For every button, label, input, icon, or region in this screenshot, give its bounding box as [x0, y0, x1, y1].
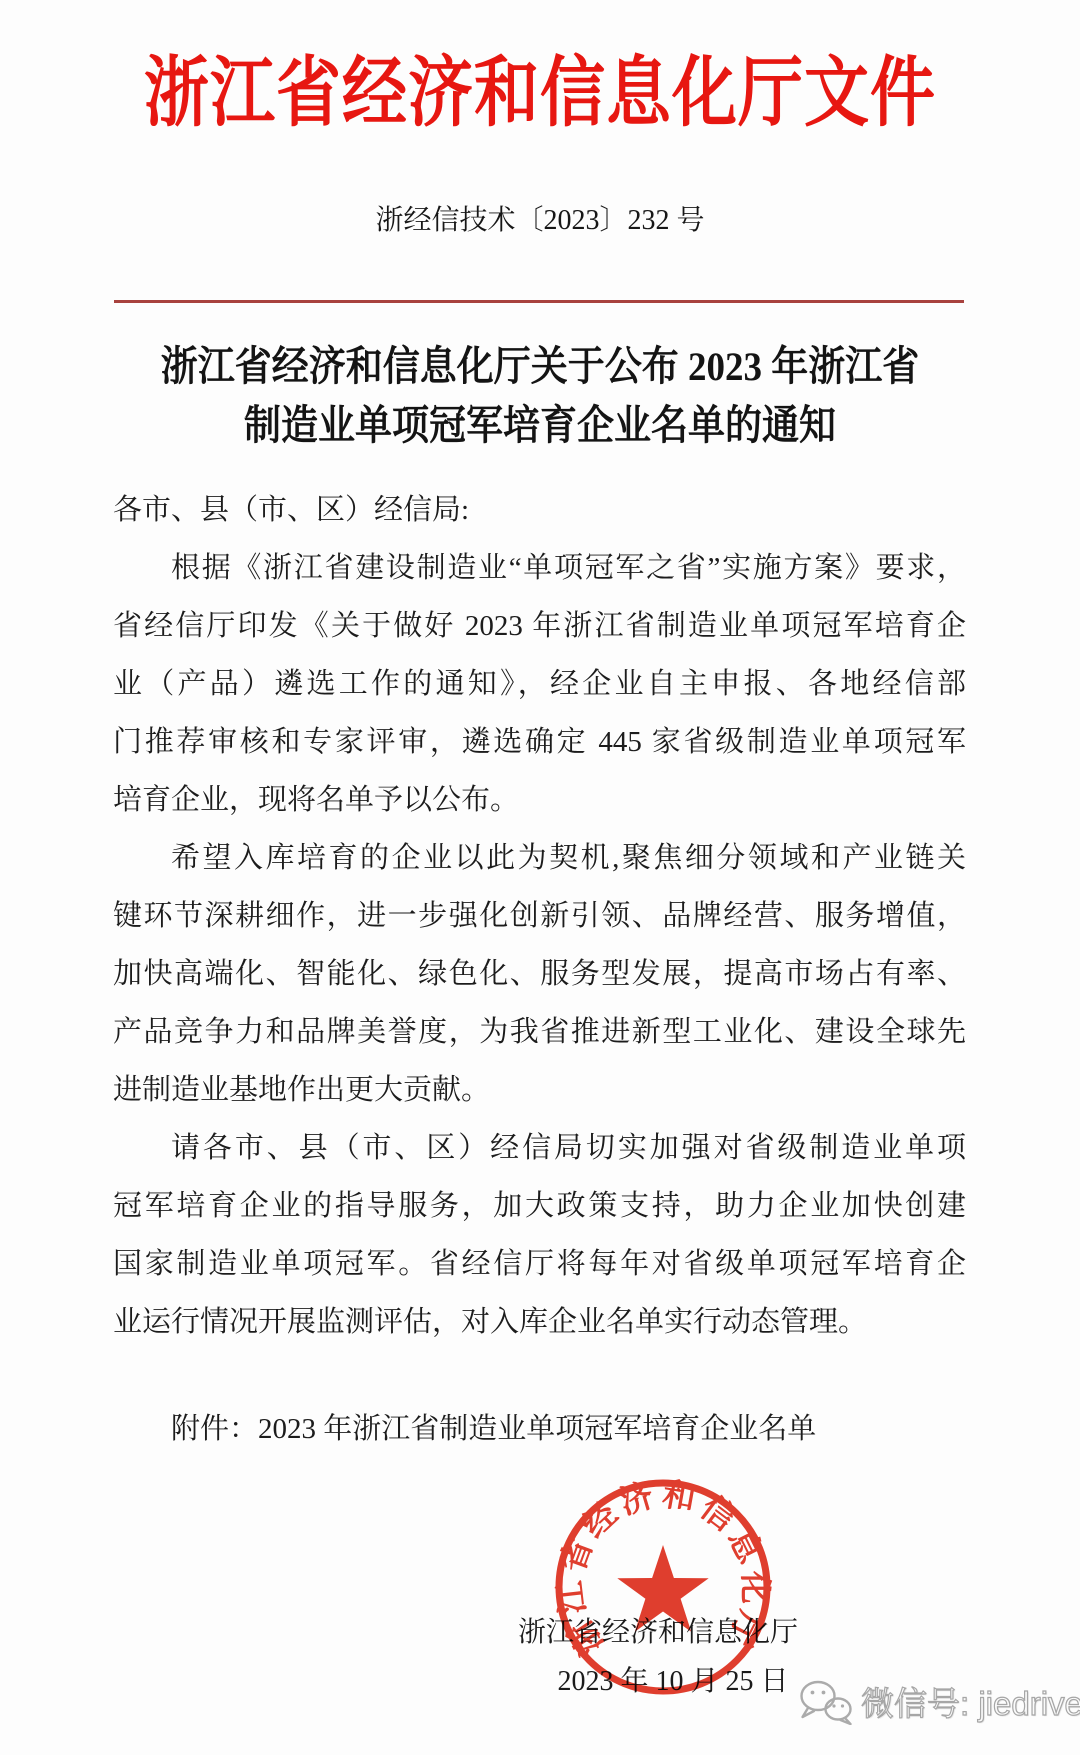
watermark-label: 微信号: jiedrive [861, 1678, 1080, 1725]
body-line: 产品竞争力和品牌美誉度，为我省推进新型工业化、建设全球先 [113, 1003, 966, 1061]
body-line: 各市、县（市、区）经信局: [113, 481, 966, 539]
body-line: 请各市、县（市、区）经信局切实加强对省级制造业单项 [113, 1119, 966, 1177]
body-line: 业运行情况开展监测评估，对入库企业名单实行动态管理。 [113, 1293, 966, 1351]
header-divider-rule [114, 300, 964, 303]
body-line: 希望入库培育的企业以此为契机,聚焦细分领域和产业链关 [113, 829, 966, 887]
wechat-icon [798, 1679, 854, 1725]
document-header-title: 浙江省经济和信息化厅文件 [0, 28, 1080, 160]
document-body: 各市、县（市、区）经信局:根据《浙江省建设制造业“单项冠军之省”实施方案》要求，… [113, 481, 966, 1351]
document-title: 浙江省经济和信息化厅关于公布 2023 年浙江省 制造业单项冠军培育企业名单的通… [0, 338, 1080, 457]
body-line: 根据《浙江省建设制造业“单项冠军之省”实施方案》要求， [113, 539, 966, 597]
body-line: 业（产品）遴选工作的通知》，经企业自主申报、各地经信部 [113, 655, 966, 713]
body-line: 门推荐审核和专家评审，遴选确定 445 家省级制造业单项冠军 [113, 713, 966, 771]
body-line: 培育企业，现将名单予以公布。 [113, 771, 966, 829]
official-document-page: 浙江省经济和信息化厅文件 浙经信技术〔2023〕232 号 浙江省经济和信息化厅… [0, 0, 1080, 1755]
body-line: 进制造业基地作出更大贡献。 [113, 1061, 966, 1119]
body-line: 键环节深耕细作，进一步强化创新引领、品牌经营、服务增值， [113, 887, 966, 945]
body-line: 国家制造业单项冠军。省经信厅将每年对省级单项冠军培育企 [113, 1235, 966, 1293]
body-line: 冠军培育企业的指导服务，加大政策支持，助力企业加快创建 [113, 1177, 966, 1235]
document-title-line1: 浙江省经济和信息化厅关于公布 2023 年浙江省 [0, 338, 1080, 397]
document-title-line2: 制造业单项冠军培育企业名单的通知 [0, 397, 1080, 456]
body-line: 省经信厅印发《关于做好 2023 年浙江省制造业单项冠军培育企 [113, 597, 966, 655]
official-seal: 浙江省经济和信息化厅 [551, 1475, 775, 1699]
attachment-line: 附件：2023 年浙江省制造业单项冠军培育企业名单 [113, 1400, 966, 1458]
body-line: 加快高端化、智能化、绿色化、服务型发展，提高市场占有率、 [113, 945, 966, 1003]
document-number: 浙经信技术〔2023〕232 号 [0, 198, 1080, 244]
seal-star-icon [617, 1545, 708, 1632]
watermark: 微信号: jiedrive [798, 1678, 1080, 1725]
